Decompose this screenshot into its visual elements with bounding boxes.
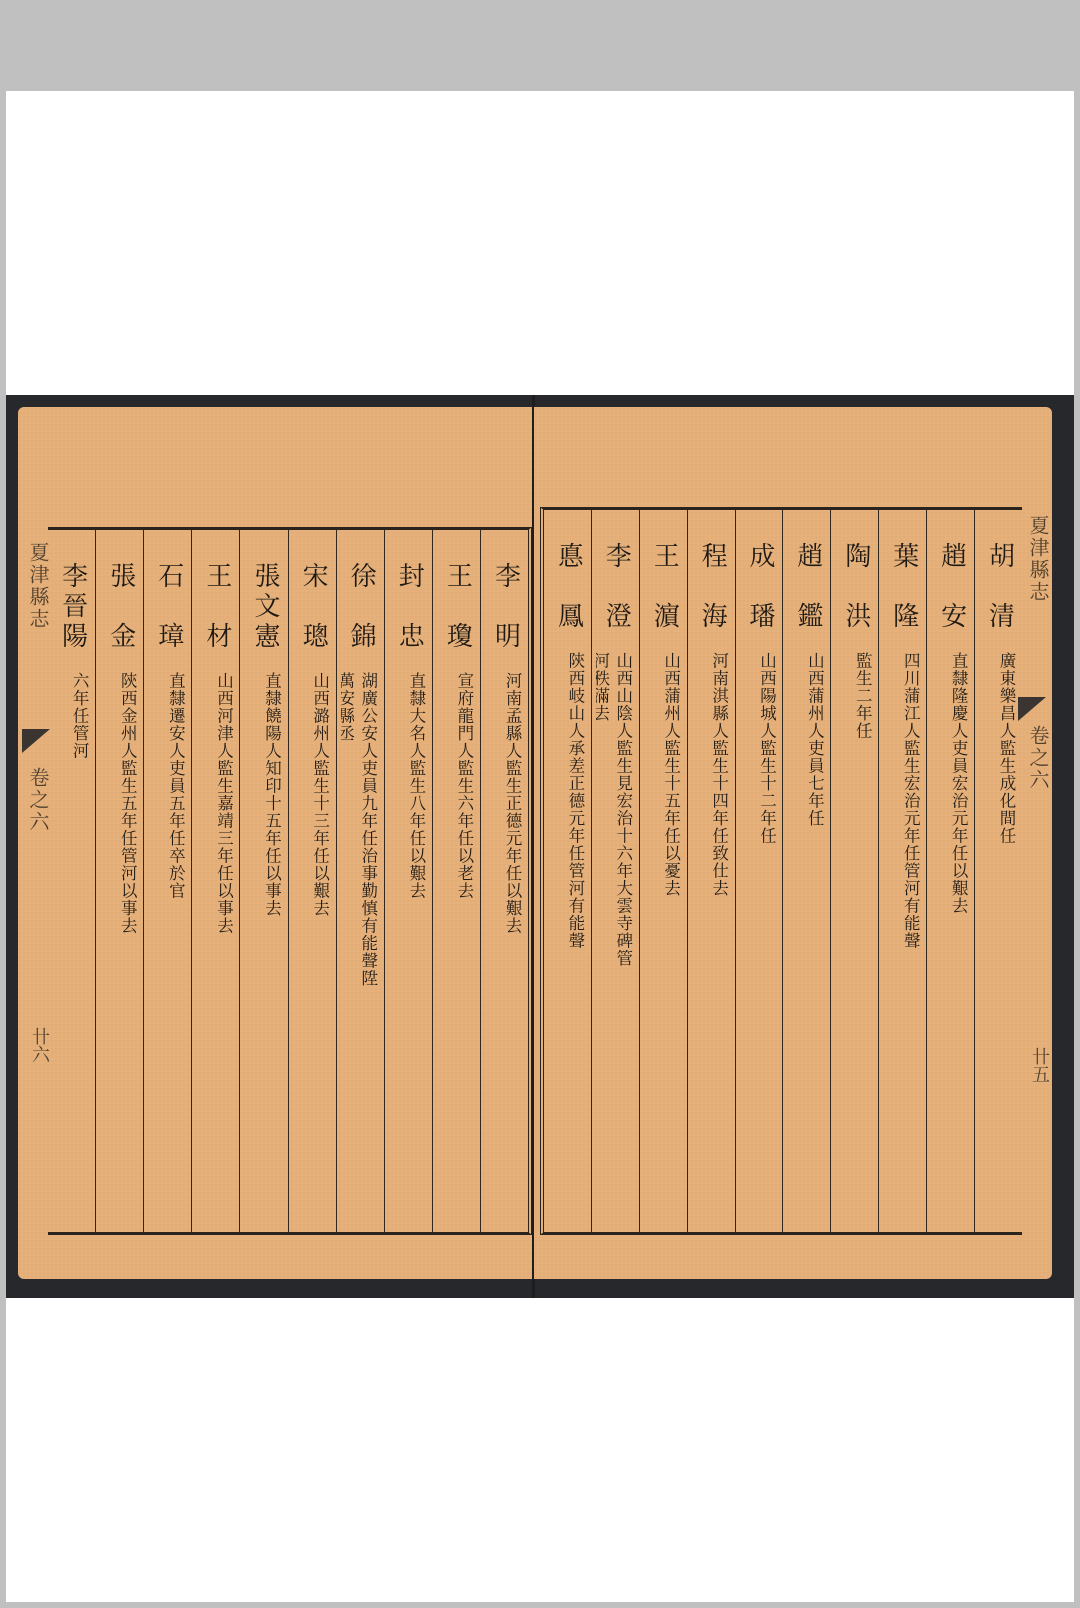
official-note: 河南淇縣人監生十四年任致仕去	[692, 652, 731, 982]
official-name: 葉 隆	[889, 542, 917, 632]
official-note: 六年任管河	[52, 672, 91, 1002]
official-note: 山西陽城人監生十二年任	[740, 652, 779, 982]
entry-column: 封 忠直隸大名人監生八年任以艱去	[384, 530, 432, 1232]
entry-column: 葉 隆四川蒲江人監生宏治元年任管河有能聲	[878, 510, 926, 1232]
official-note: 湖廣公安人吏員九年任治事勤慎有能聲陞萬安縣丞	[341, 672, 380, 1002]
right-margin-title: 夏津縣志	[1024, 515, 1053, 603]
official-note: 監生二年任	[835, 652, 874, 982]
official-name: 王 材	[202, 562, 230, 652]
official-name: 李晉陽	[58, 562, 86, 652]
entry-column: 成 璠山西陽城人監生十二年任	[735, 510, 783, 1232]
official-note: 廣東樂昌人監生成化間任	[979, 652, 1018, 982]
official-note: 河南孟縣人監生正德元年任以艱去	[485, 672, 524, 1002]
official-name: 陶 洪	[841, 542, 869, 632]
entry-column: 徐 錦湖廣公安人吏員九年任治事勤慎有能聲陞萬安縣丞	[336, 530, 384, 1232]
entry-column: 程 海河南淇縣人監生十四年任致仕去	[687, 510, 735, 1232]
entry-column: 趙 鑑山西蒲州人吏員七年任	[782, 510, 830, 1232]
fishtail-mark-icon	[1018, 697, 1046, 721]
entry-column: 張文憲直隸饒陽人知印十五年任以事去	[239, 530, 287, 1232]
official-name: 張文憲	[250, 562, 278, 652]
right-folio-number: 卄五	[1026, 1047, 1052, 1083]
official-note: 陝西岐山人承差正德元年任管河有能聲	[548, 652, 587, 982]
official-name: 趙 鑑	[793, 542, 821, 632]
entry-column: 李晉陽六年任管河	[48, 530, 95, 1232]
official-name: 趙 安	[937, 542, 965, 632]
right-entry-grid: 胡 清廣東樂昌人監生成化間任 趙 安直隸隆慶人吏員宏治元年任以艱去 葉 隆四川蒲…	[540, 507, 1022, 1235]
entry-column: 張 金陝西金州人監生五年任管河以事去	[95, 530, 143, 1232]
official-note: 山西河津人監生嘉靖三年任以事去	[196, 672, 235, 1002]
official-name: 程 海	[697, 542, 725, 632]
official-note: 直隸遷安人吏員五年任卒於官	[148, 672, 187, 1002]
book-scan: 夏津縣志 卷之六 卄六 李 明河南孟縣人監生正德元年任以艱去 王 瓊宣府龍門人監…	[6, 395, 1074, 1298]
official-name: 張 金	[106, 562, 134, 652]
entry-column: 石 璋直隸遷安人吏員五年任卒於官	[143, 530, 191, 1232]
official-note: 直隸饒陽人知印十五年任以事去	[244, 672, 283, 1002]
right-page: 胡 清廣東樂昌人監生成化間任 趙 安直隸隆慶人吏員宏治元年任以艱去 葉 隆四川蒲…	[534, 407, 1052, 1279]
entry-column: 李 明河南孟縣人監生正德元年任以艱去	[480, 530, 528, 1232]
official-name: 王 瓊	[442, 562, 470, 652]
official-name: 李 澄	[601, 542, 629, 632]
entry-column: 王 瓊宣府龍門人監生六年任以老去	[432, 530, 480, 1232]
entry-column: 趙 安直隸隆慶人吏員宏治元年任以艱去	[926, 510, 974, 1232]
official-note: 直隸隆慶人吏員宏治元年任以艱去	[931, 652, 970, 982]
official-name: 胡 清	[985, 542, 1013, 632]
official-note: 山西山陰人監生見宏治十六年大雲寺碑管河秩滿去	[596, 652, 635, 982]
official-name: 石 璋	[154, 562, 182, 652]
entry-column: 悳 鳳陝西岐山人承差正德元年任管河有能聲	[544, 510, 591, 1232]
entry-column: 宋 璁山西潞州人監生十三年任以艱去	[288, 530, 336, 1232]
official-name: 成 璠	[745, 542, 773, 632]
right-margin-volume: 卷之六	[1024, 725, 1053, 791]
official-name: 徐 錦	[346, 562, 374, 652]
left-entry-grid: 李 明河南孟縣人監生正德元年任以艱去 王 瓊宣府龍門人監生六年任以老去 封 忠直…	[48, 527, 532, 1235]
left-page: 夏津縣志 卷之六 卄六 李 明河南孟縣人監生正德元年任以艱去 王 瓊宣府龍門人監…	[18, 407, 533, 1279]
official-name: 宋 璁	[298, 562, 326, 652]
entry-column: 胡 清廣東樂昌人監生成化間任	[974, 510, 1022, 1232]
official-note: 山西蒲州人監生十五年任以憂去	[644, 652, 683, 982]
official-note: 四川蒲江人監生宏治元年任管河有能聲	[883, 652, 922, 982]
official-note: 山西蒲州人吏員七年任	[787, 652, 826, 982]
entry-column: 陶 洪監生二年任	[830, 510, 878, 1232]
official-note: 直隸大名人監生八年任以艱去	[389, 672, 428, 1002]
official-name: 王 濵	[649, 542, 677, 632]
official-note: 宣府龍門人監生六年任以老去	[437, 672, 476, 1002]
fishtail-mark-icon	[22, 729, 50, 753]
official-note: 陝西金州人監生五年任管河以事去	[100, 672, 139, 1002]
official-note: 山西潞州人監生十三年任以艱去	[293, 672, 332, 1002]
entry-column: 王 濵山西蒲州人監生十五年任以憂去	[639, 510, 687, 1232]
entry-column: 王 材山西河津人監生嘉靖三年任以事去	[191, 530, 239, 1232]
official-name: 李 明	[490, 562, 518, 652]
official-name: 封 忠	[394, 562, 422, 652]
entry-column: 李 澄山西山陰人監生見宏治十六年大雲寺碑管河秩滿去	[591, 510, 639, 1232]
official-name: 悳 鳳	[553, 542, 581, 632]
